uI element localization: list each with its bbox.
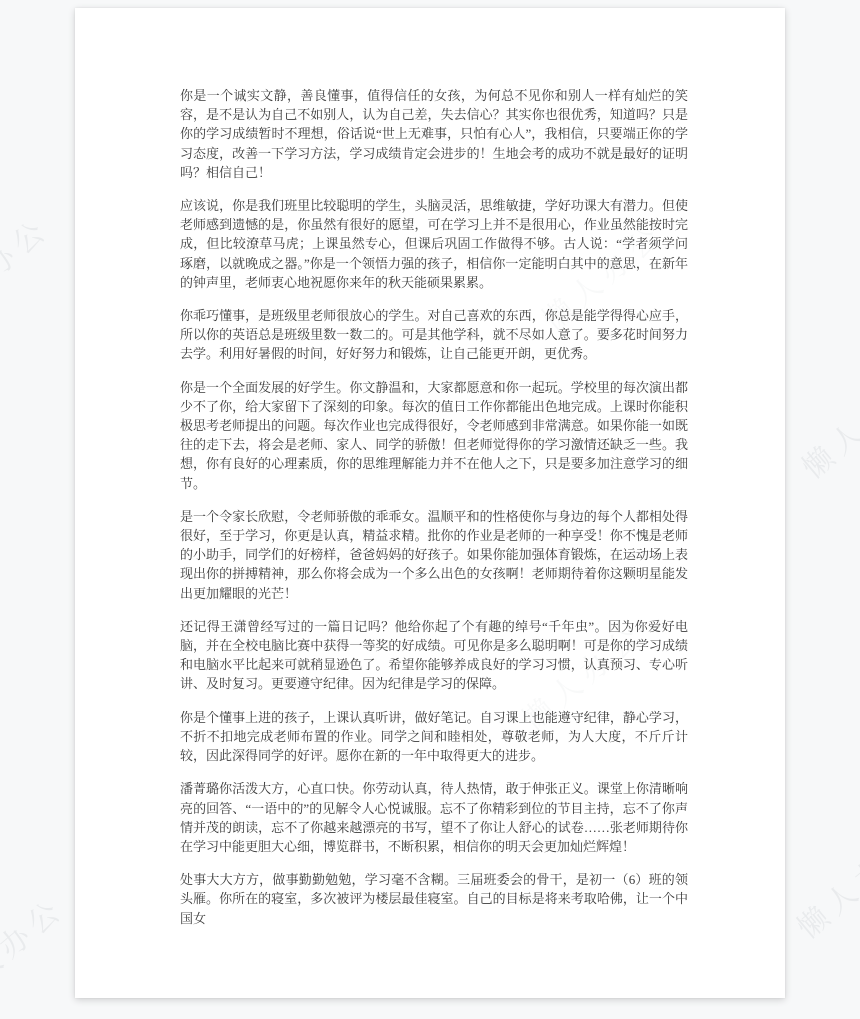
paragraph: 应该说，你是我们班里比较聪明的学生，头脑灵活，思维敏捷，学好功课大有潜力。但使老…: [180, 196, 688, 292]
watermark-text: 懒人办公: [0, 885, 73, 1014]
paragraph: 处事大大方方，做事勤勤勉勉，学习毫不含糊。三届班委会的骨干，是初一（6）班的领头…: [180, 870, 688, 928]
watermark-text: 懒人办公: [791, 358, 860, 487]
paragraph: 潘菁璐你活泼大方，心直口快。你劳动认真，待人热情，敢于伸张正义。课堂上你清晰响亮…: [180, 779, 688, 856]
paragraph: 你是一个诚实文静，善良懂事，值得信任的女孩，为何总不见你和别人一样有灿烂的笑容，…: [180, 86, 688, 182]
paragraph: 你是个懂事上进的孩子，上课认真听讲，做好笔记。自习课上也能遵守纪律，静心学习，不…: [180, 708, 688, 766]
paragraph: 你是一个全面发展的好学生。你文静温和，大家都愿意和你一起玩。学校里的每次演出都少…: [180, 378, 688, 493]
paragraph: 你乖巧懂事，是班级里老师很放心的学生。对自己喜欢的东西，你总是能学得得心应手，所…: [180, 306, 688, 364]
document-page: 你是一个诚实文静，善良懂事，值得信任的女孩，为何总不见你和别人一样有灿烂的笑容，…: [75, 8, 785, 998]
watermark-text: 懒人办公: [0, 205, 58, 334]
document-body: 你是一个诚实文静，善良懂事，值得信任的女孩，为何总不见你和别人一样有灿烂的笑容，…: [180, 86, 688, 928]
paragraph: 还记得王潇曾经写过的一篇日记吗？他给你起了个有趣的绰号“千年虫”。因为你爱好电脑…: [180, 617, 688, 694]
document-canvas: 懒人办公 懒人办公 懒人办公 懒人办公 懒人办公 懒人办公 你是一个诚实文静，善…: [0, 0, 860, 1019]
paragraph: 是一个令家长欣慰，令老师骄傲的乖乖女。温顺平和的性格使你与身边的每个人都相处得很…: [180, 507, 688, 603]
watermark-text: 懒人办公: [786, 818, 860, 947]
